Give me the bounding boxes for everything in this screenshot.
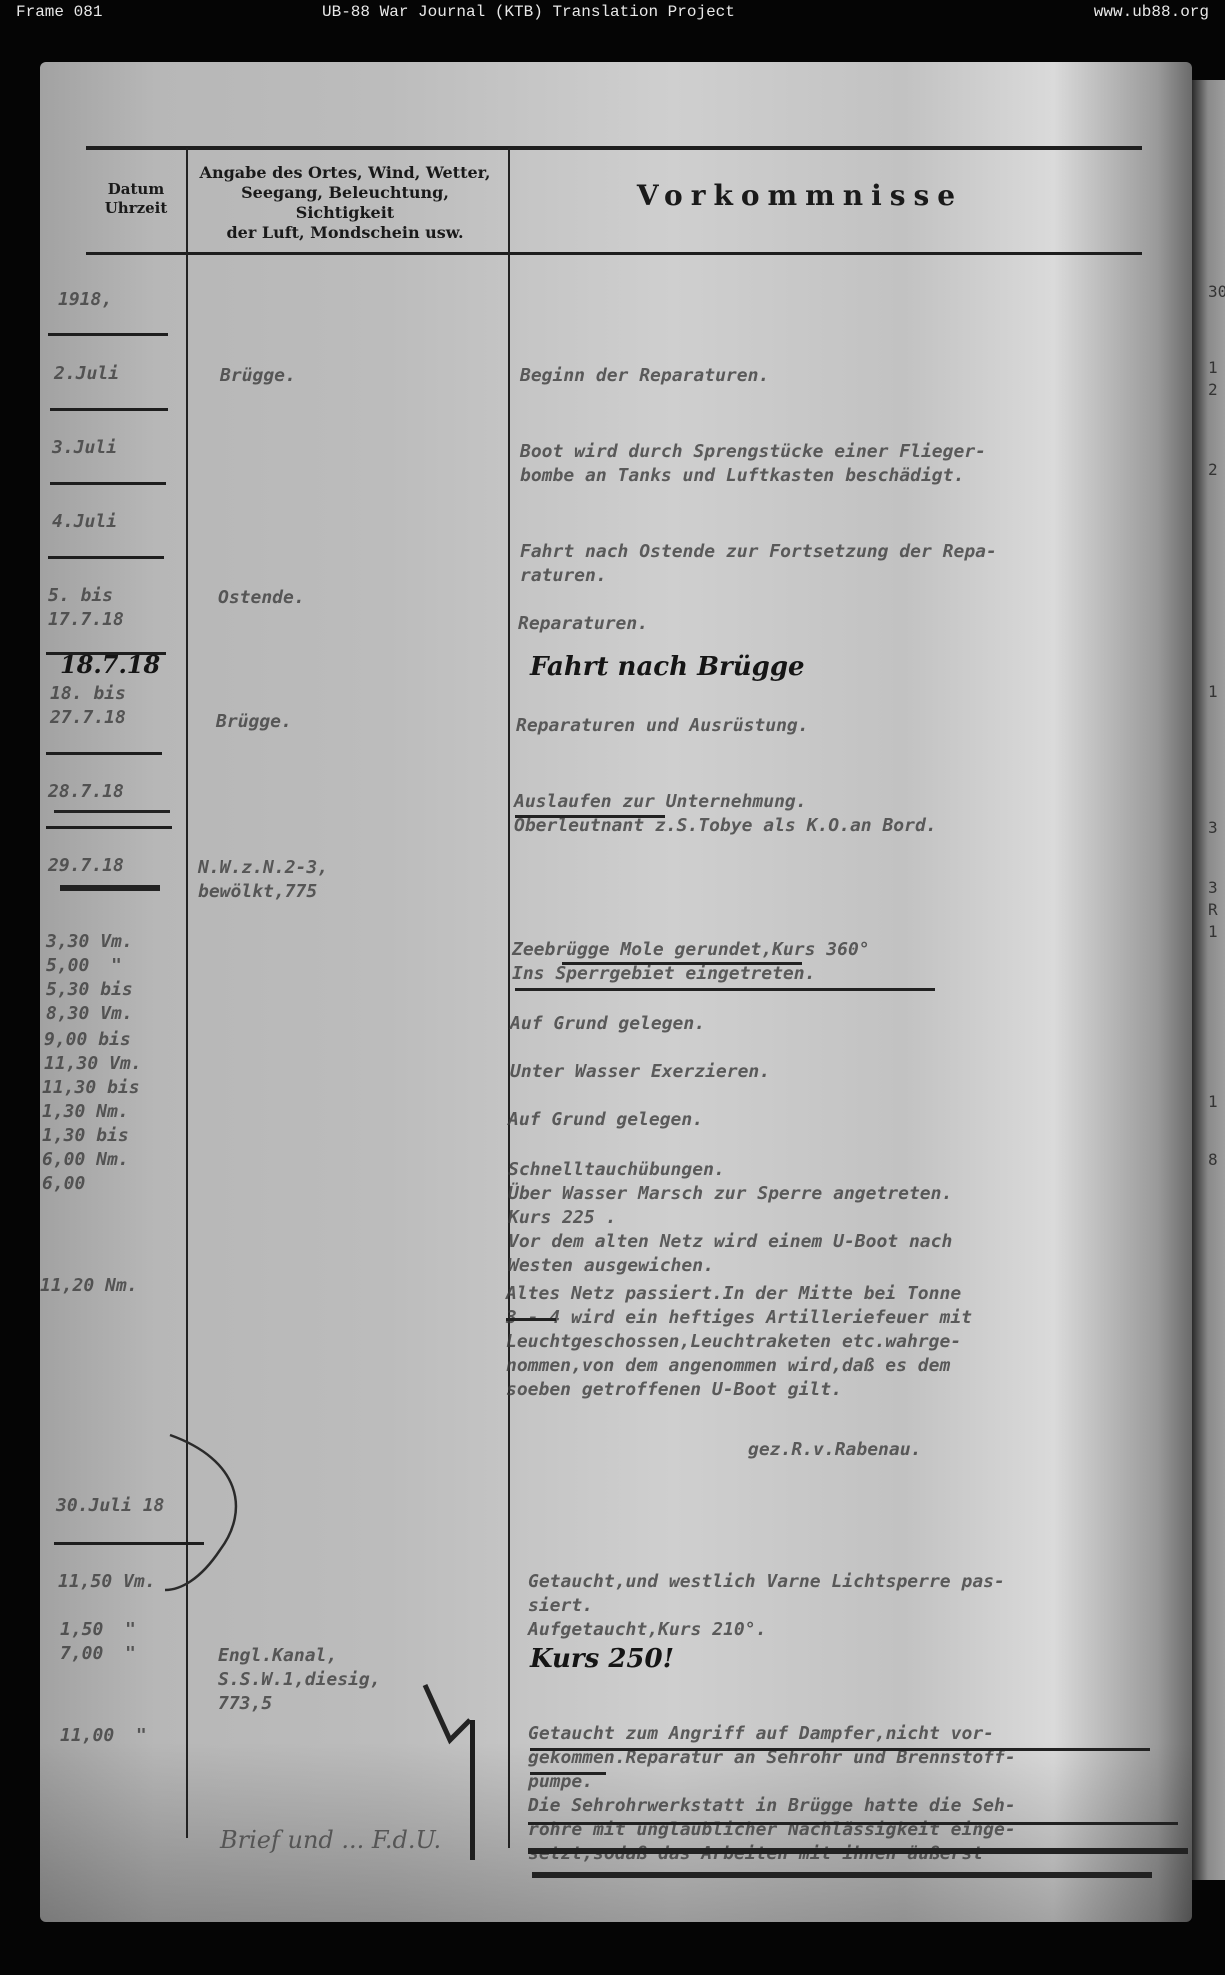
entry-date: 11,20 Nm.	[40, 1274, 138, 1298]
event-underline	[506, 1318, 556, 1321]
website-link[interactable]: www.ub88.org	[1094, 3, 1209, 21]
date-column-header: Datum Uhrzeit	[92, 180, 180, 218]
adjacent-page-fragment: 30	[1208, 282, 1225, 301]
pencil-vertical-mark	[470, 1720, 475, 1860]
table-header-rule	[86, 252, 1142, 255]
entry-location: Engl.Kanal, S.S.W.1,diesig, 773,5	[218, 1644, 381, 1716]
entry-event: Auf Grund gelegen.	[508, 1108, 703, 1132]
event-underline	[528, 1848, 1188, 1854]
adjacent-page-fragment: R	[1208, 900, 1218, 919]
viewer-header: Frame 081 UB-88 War Journal (KTB) Transl…	[0, 0, 1225, 28]
date-separator	[46, 752, 162, 755]
entry-event: Getaucht zum Angriff auf Dampfer,nicht v…	[528, 1722, 1016, 1866]
entry-date: 1918,	[58, 288, 112, 312]
date-separator	[50, 408, 168, 411]
entry-event: Beginn der Reparaturen.	[520, 364, 769, 388]
entry-event: Auf Grund gelegen.	[510, 1012, 705, 1036]
table-top-rule	[86, 146, 1142, 150]
entry-date: 30.Juli 18	[56, 1494, 164, 1518]
adjacent-page-fragment: 2	[1208, 380, 1218, 399]
date-underline	[54, 810, 170, 813]
entry-event: Aufgetaucht,Kurs 210°.	[528, 1618, 766, 1642]
date-separator	[46, 826, 172, 829]
signature: gez.R.v.Rabenau.	[748, 1438, 921, 1462]
entry-location: N.W.z.N.2-3, bewölkt,775	[198, 856, 328, 904]
adjacent-page-fragment: 1	[1208, 358, 1218, 377]
entry-date: 11,00 "	[60, 1724, 147, 1748]
entry-event: Fahrt nach Ostende zur Fortsetzung der R…	[520, 540, 997, 588]
adjacent-page-fragment: 3	[1208, 818, 1218, 837]
frame-label: Frame 081	[16, 3, 102, 21]
event-underline	[530, 1772, 606, 1775]
entry-date: 18. bis 27.7.18	[50, 682, 126, 730]
entry-date: 9,00 bis 11,30 Vm.	[44, 1028, 142, 1076]
location-header-text: Angabe des Ortes, Wind, Wetter, Seegang,…	[190, 163, 500, 243]
entry-date: 3,30 Vm. 5,00 "	[46, 930, 133, 978]
date-separator	[48, 556, 164, 559]
adjacent-page-fragment: 2	[1208, 460, 1218, 479]
adjacent-page-fragment: 1	[1208, 922, 1218, 941]
entry-date: 1,30 bis 6,00 Nm. 6,00	[42, 1124, 129, 1196]
event-underline	[528, 1822, 1178, 1825]
pencil-bracket-mark	[160, 1430, 260, 1610]
handwritten-note: Fahrt nach Brügge	[530, 652, 805, 682]
entry-event: Reparaturen und Ausrüstung.	[516, 714, 809, 738]
entry-location: Brügge.	[216, 710, 292, 734]
entry-date: 5. bis 17.7.18	[48, 584, 124, 632]
project-title: UB-88 War Journal (KTB) Translation Proj…	[322, 3, 735, 21]
entry-location: Brügge.	[220, 364, 296, 388]
location-column-header: Angabe des Ortes, Wind, Wetter, Seegang,…	[190, 163, 500, 243]
event-underline	[515, 988, 935, 991]
entry-event: Altes Netz passiert.In der Mitte bei Ton…	[506, 1282, 972, 1402]
entry-date: 11,30 bis 1,30 Nm.	[42, 1076, 140, 1124]
entry-event: Schnelltauchübungen. Über Wasser Marsch …	[508, 1158, 952, 1278]
adjacent-page-fragment: 1	[1208, 682, 1218, 701]
entry-date-handwritten: 18.7.18	[60, 650, 160, 679]
entry-date: 29.7.18	[48, 854, 124, 878]
entry-date: 28.7.18	[48, 780, 124, 804]
column-divider-location	[508, 148, 510, 1848]
date-header-text: Datum Uhrzeit	[92, 180, 180, 218]
adjacent-page-fragment: 8	[1208, 1150, 1218, 1169]
entry-location: Ostende.	[218, 586, 305, 610]
date-separator	[48, 333, 168, 336]
event-underline	[515, 815, 665, 818]
entry-date: 4.Juli	[52, 510, 117, 534]
entry-date: 5,30 bis 8,30 Vm.	[46, 978, 133, 1026]
events-header-text: Vorkommnisse	[600, 178, 1000, 213]
entry-event: Unter Wasser Exerzieren.	[510, 1060, 770, 1084]
entry-event: Auslaufen zur Unternehmung. Oberleutnant…	[514, 790, 937, 838]
journal-page	[40, 62, 1192, 1922]
entry-event: Getaucht,und westlich Varne Lichtsperre …	[528, 1570, 1005, 1618]
entry-event: Reparaturen.	[518, 612, 648, 636]
event-underline	[530, 1748, 1150, 1751]
date-underline	[60, 885, 160, 891]
event-underline	[532, 1872, 1152, 1878]
entry-date: 2.Juli	[54, 362, 119, 386]
entry-date: 11,50 Vm.	[58, 1570, 156, 1594]
events-column-header: Vorkommnisse	[600, 178, 1000, 213]
entry-event: Boot wird durch Sprengstücke einer Flieg…	[520, 440, 986, 488]
adjacent-page-edge	[1192, 80, 1225, 1880]
adjacent-page-fragment: 1	[1208, 1092, 1218, 1111]
handwritten-note: Kurs 250!	[530, 1644, 674, 1674]
margin-annotation: Brief und ... F.d.U.	[220, 1826, 441, 1854]
event-underline	[562, 962, 802, 965]
adjacent-page-fragment: 3	[1208, 878, 1218, 897]
entry-date: 1,50 " 7,00 "	[60, 1618, 136, 1666]
entry-date: 3.Juli	[52, 436, 117, 460]
date-separator	[50, 482, 166, 485]
